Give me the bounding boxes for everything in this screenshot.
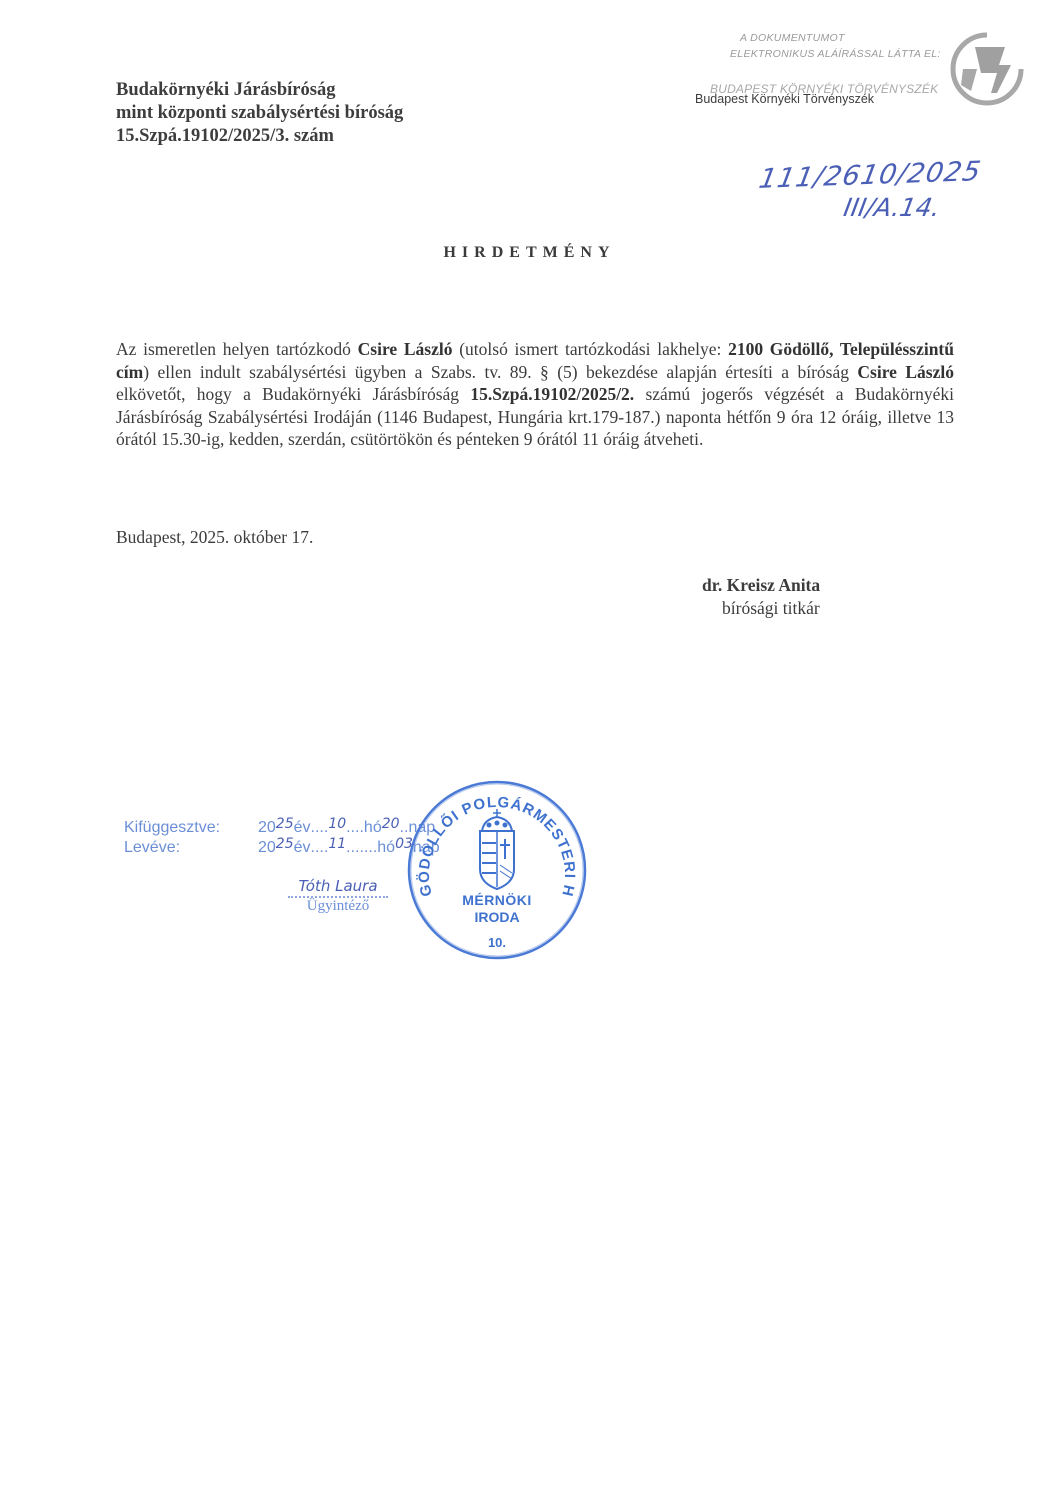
posted-month: 10	[328, 814, 346, 834]
stamp-line-1: MÉRNÖKI	[402, 892, 592, 908]
esign-line-1: A DOKUMENTUMOT	[740, 32, 845, 44]
removed-year-prefix: 20	[258, 838, 276, 858]
removed-label: Levéve:	[124, 838, 258, 858]
document-title: HIRDETMÉNY	[0, 244, 1059, 262]
posting-record-stamp: Kifüggesztve: 2025év....10....hó20..nap …	[124, 818, 440, 858]
referenced-case-number: 15.Szpá.19102/2025/2.	[470, 384, 634, 404]
posted-year-hand: 25	[276, 814, 294, 834]
body-text-2: (utolsó ismert tartózkodási lakhelye:	[453, 339, 729, 359]
removed-month: 11	[328, 834, 346, 854]
esign-signer: Budapest Környéki Törvényszék	[695, 92, 874, 106]
court-role: mint központi szabálysértési bíróság	[116, 102, 403, 125]
ev-label: év	[294, 818, 311, 838]
ev-label-2: év	[294, 838, 311, 858]
posted-day: 20	[382, 814, 400, 834]
notice-body: Az ismeretlen helyen tartózkodó Csire Lá…	[116, 338, 954, 451]
ho-label: hó	[364, 818, 382, 838]
office-round-stamp: GÖDÖLLŐI POLGÁRMESTERI HIVATAL MÉRNÖKI I…	[402, 775, 592, 965]
handwritten-reference: 111/2610/2025 III/A.14.	[760, 160, 980, 222]
person-name: Csire László	[358, 339, 453, 359]
clerk-label: Ügyintéző	[288, 898, 388, 915]
electronic-signature-block: A DOKUMENTUMOT ELEKTRONIKUS ALÁÍRÁSSAL L…	[690, 22, 950, 122]
esign-line-2: ELEKTRONIKUS ALÁÍRÁSSAL LÁTTA EL:	[730, 48, 941, 60]
posted-year-prefix: 20	[258, 818, 276, 838]
ho-label-2: hó	[377, 838, 395, 858]
body-text-4: elkövetőt, hogy a Budakörnyéki Járásbíró…	[116, 384, 470, 404]
place-and-date: Budapest, 2025. október 17.	[116, 527, 313, 548]
clerk-signature: Tóth Laura	[288, 877, 388, 898]
court-name: Budakörnyéki Járásbíróság	[116, 79, 403, 102]
removed-row: Levéve: 2025év....11.......hó03nap	[124, 838, 440, 858]
body-text-3: ) ellen indult szabálysértési ügyben a S…	[143, 362, 857, 382]
court-header: Budakörnyéki Járásbíróság mint központi …	[116, 79, 403, 148]
signer-role: bírósági titkár	[722, 597, 820, 620]
case-number: 15.Szpá.19102/2025/3. szám	[116, 125, 403, 148]
removed-year-hand: 25	[276, 834, 294, 854]
handwritten-ref-line-1: 111/2610/2025	[756, 156, 983, 195]
signer-block: dr. Kreisz Anita bírósági titkár	[702, 574, 820, 620]
clerk-block: Tóth Laura Ügyintéző	[288, 877, 388, 915]
handwritten-ref-line-2: III/A.14.	[841, 193, 982, 222]
posted-label: Kifüggesztve:	[124, 818, 258, 838]
stamp-line-3: 10.	[402, 935, 592, 950]
stamp-line-2: IRODA	[402, 909, 592, 925]
body-text-1: Az ismeretlen helyen tartózkodó	[116, 339, 358, 359]
court-logo-icon	[947, 29, 1027, 109]
stamp-text: MÉRNÖKI IRODA 10.	[402, 775, 592, 965]
signer-name: dr. Kreisz Anita	[702, 574, 820, 597]
person-name-2: Csire László	[857, 362, 954, 382]
